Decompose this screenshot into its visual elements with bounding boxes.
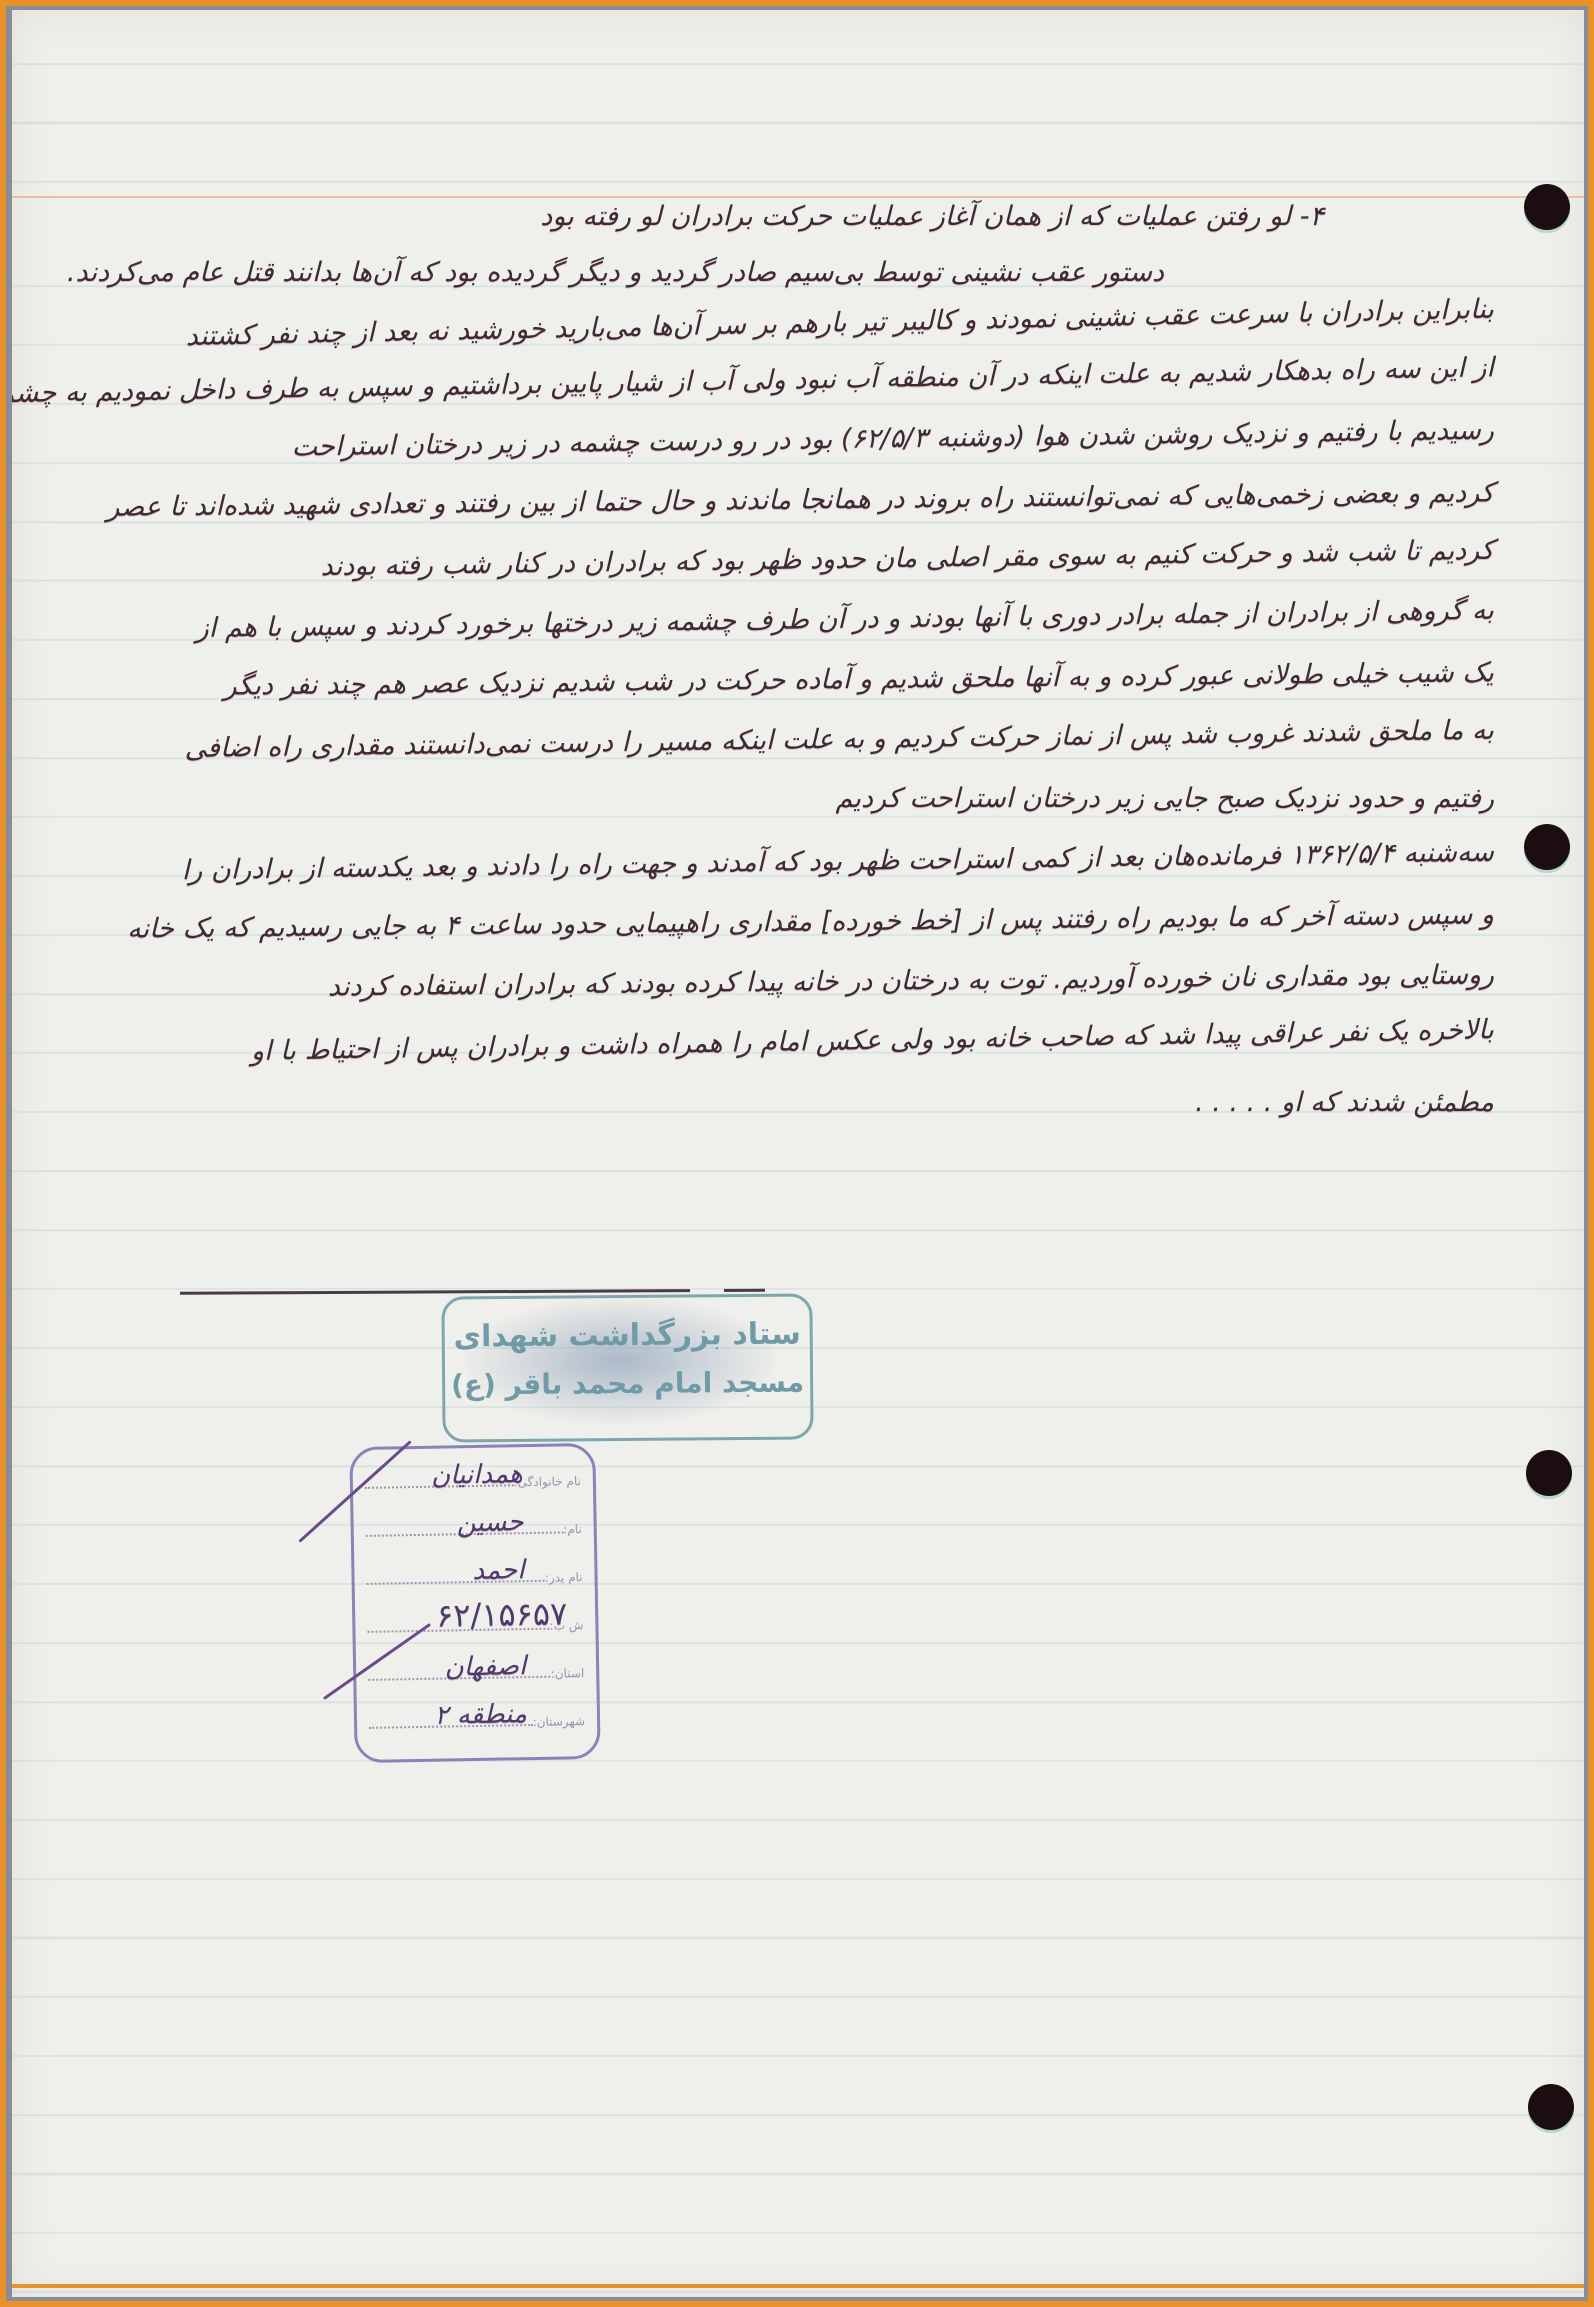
field-label: نام خانوادگی:	[513, 1474, 581, 1495]
field-label: شهرستان:	[533, 1714, 586, 1735]
field-value: حسین	[456, 1507, 523, 1538]
identity-field-id-number: ش ب: ۶۲/۱۵۶۵۷	[355, 1592, 596, 1642]
identity-field-name: نام: حسین	[353, 1496, 594, 1546]
identity-field-father-name: نام پدر: احمد	[354, 1544, 595, 1594]
punch-hole-1	[1524, 184, 1570, 230]
field-label: نام:	[563, 1522, 582, 1542]
handwritten-body: ۴- لو رفتن عملیات که از همان آغاز عملیات…	[32, 160, 1494, 1088]
field-label: نام پدر:	[545, 1570, 583, 1591]
identity-field-city: شهرستان: منطقه ۲	[357, 1688, 598, 1738]
field-value: همدانیان	[431, 1459, 523, 1491]
organization-stamp-line-1: ستاد بزرگداشت شهدای	[445, 1310, 810, 1361]
organization-stamp: ستاد بزرگداشت شهدای مسجد امام محمد باقر …	[441, 1293, 813, 1442]
punch-hole-3	[1526, 1450, 1572, 1496]
field-value: ۶۲/۱۵۶۵۷	[436, 1594, 568, 1634]
field-value: منطقه ۲	[434, 1699, 527, 1731]
field-label: استان:	[551, 1666, 585, 1687]
lined-paper-sheet: ۴- لو رفتن عملیات که از همان آغاز عملیات…	[12, 10, 1584, 2297]
trailing-dots: . . . . .	[1195, 1087, 1272, 1118]
punch-hole-2	[1524, 824, 1570, 870]
page-bottom-edge	[12, 2284, 1584, 2288]
field-value: اصفهان	[444, 1651, 526, 1682]
identity-stamp: نام خانوادگی: همدانیان نام: حسین نام پدر…	[349, 1443, 600, 1763]
final-line-text: مطمئن شدند که او	[1281, 1087, 1494, 1118]
field-value: احمد	[472, 1555, 525, 1586]
handwritten-line: ۴- لو رفتن عملیات که از همان آغاز عملیات…	[32, 188, 1494, 246]
identity-field-surname: نام خانوادگی: همدانیان	[352, 1448, 593, 1498]
organization-stamp-line-2: مسجد امام محمد باقر (ع)	[445, 1358, 810, 1409]
identity-field-province: استان: اصفهان	[356, 1640, 597, 1690]
handwritten-line-final: مطمئن شدند که او . . . . .	[32, 1074, 1494, 1132]
punch-hole-4	[1528, 2084, 1574, 2130]
handwritten-line: رفتیم و حدود نزدیک صبح جایی زیر درختان ا…	[32, 770, 1494, 828]
